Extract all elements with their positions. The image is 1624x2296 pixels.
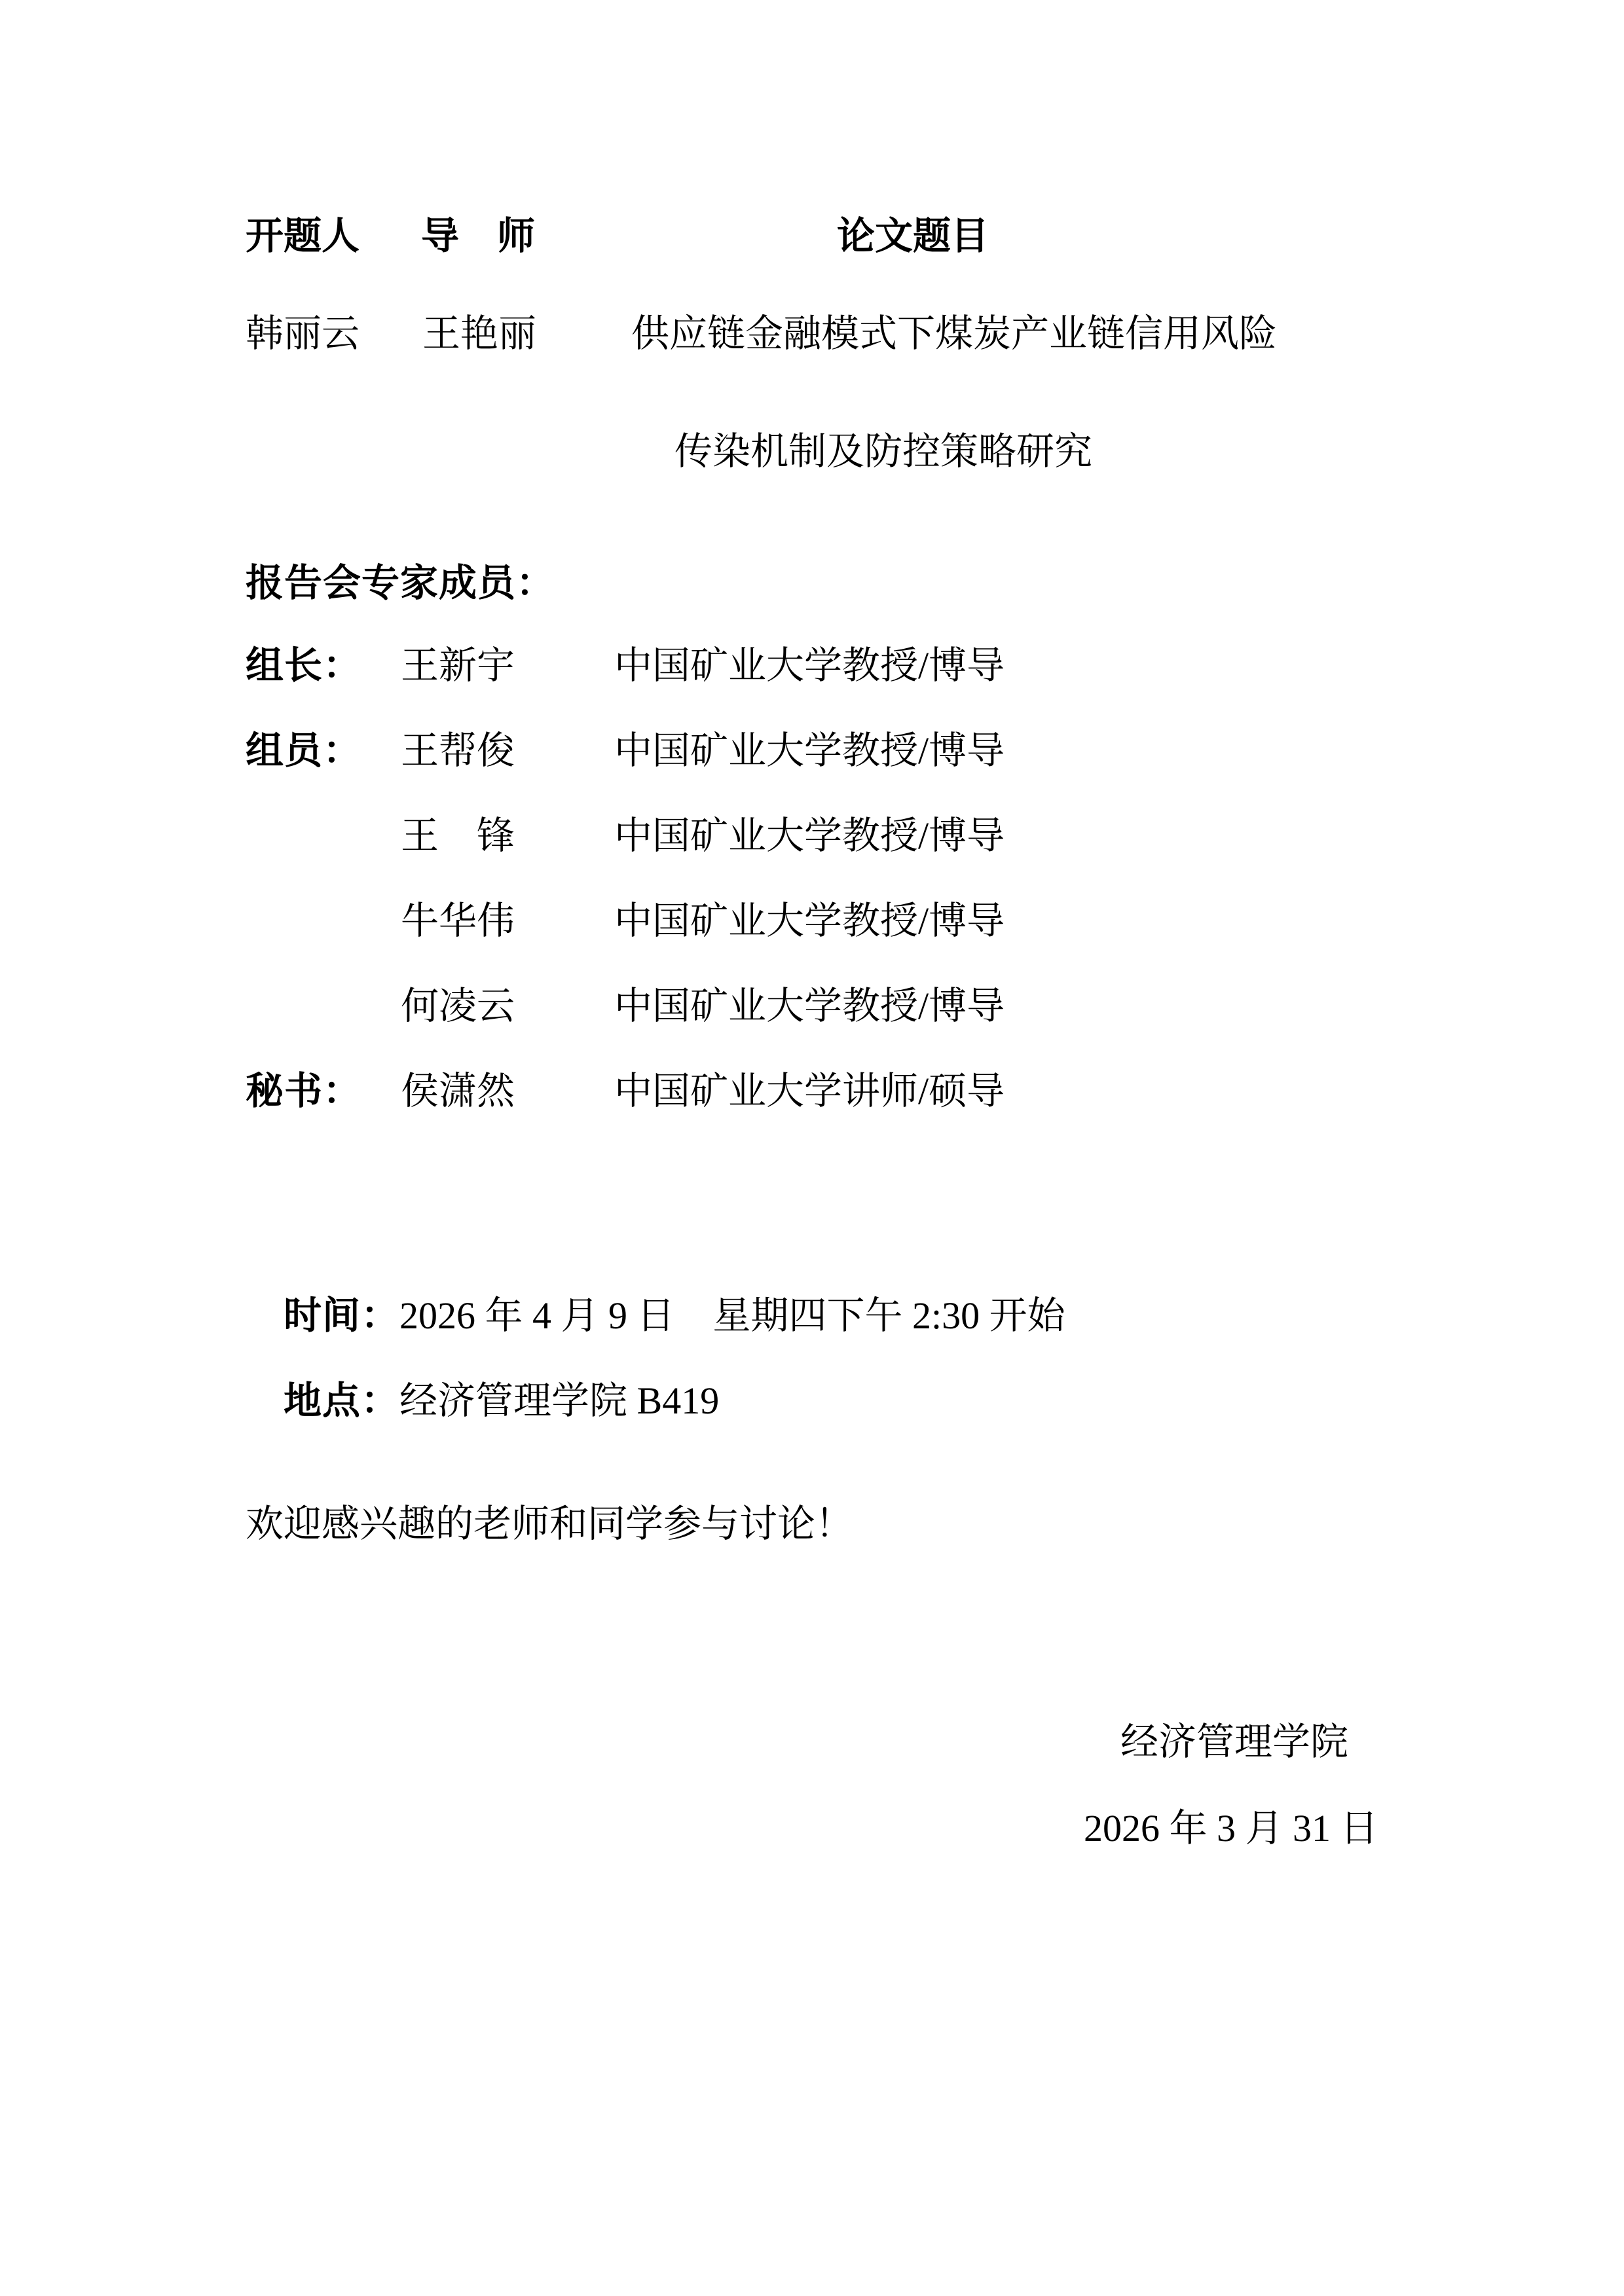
- time-label: 时间：: [284, 1294, 399, 1337]
- thesis-title-line2: 传染机制及防控策略研究: [674, 429, 1092, 475]
- committee-member-name: 牛华伟: [401, 898, 515, 944]
- committee-role: 组长：: [246, 643, 361, 689]
- committee-member-affiliation: 中国矿业大学教授/博导: [614, 643, 1005, 689]
- committee-role: 秘书：: [246, 1068, 361, 1114]
- document-page: 开题人 导 师 论文题目 韩丽云 王艳丽 供应链金融模式下煤炭产业链信用风险 传…: [0, 0, 1624, 2296]
- committee-member-name: 侯潇然: [401, 1068, 515, 1114]
- proposer-column-header: 开题人: [246, 213, 360, 259]
- signature-organization: 经济管理学院: [1120, 1719, 1348, 1765]
- committee-member-name: 王 锋: [401, 813, 515, 859]
- committee-row: 王 锋 中国矿业大学教授/博导: [0, 813, 1624, 859]
- committee-member-affiliation: 中国矿业大学教授/博导: [614, 813, 1005, 859]
- invitation-text: 欢迎感兴趣的老师和同学参与讨论！: [246, 1501, 853, 1547]
- supervisor-name: 王艳丽: [422, 311, 536, 357]
- time-value: 2026 年 4 月 9 日 星期四下午 2:30 开始: [399, 1294, 1065, 1337]
- committee-row: 组长： 王新宇 中国矿业大学教授/博导: [0, 643, 1624, 689]
- committee-row: 何凌云 中国矿业大学教授/博导: [0, 983, 1624, 1029]
- signature-date: 2026 年 3 月 31 日: [1084, 1806, 1378, 1851]
- committee-member-name: 王新宇: [401, 643, 515, 689]
- committee-row: 组员： 王帮俊 中国矿业大学教授/博导: [0, 728, 1624, 774]
- thesis-title-column-header: 论文题目: [837, 213, 989, 259]
- committee-member-affiliation: 中国矿业大学讲师/硕导: [614, 1068, 1005, 1114]
- committee-member-affiliation: 中国矿业大学教授/博导: [614, 898, 1005, 944]
- place-value: 经济管理学院 B419: [399, 1379, 719, 1422]
- place-label: 地点：: [284, 1379, 399, 1422]
- committee-row: 秘书： 侯潇然 中国矿业大学讲师/硕导: [0, 1068, 1624, 1114]
- supervisor-column-header: 导 师: [421, 213, 535, 259]
- committee-member-name: 王帮俊: [401, 728, 515, 774]
- committee-member-affiliation: 中国矿业大学教授/博导: [614, 728, 1005, 774]
- committee-role: 组员：: [246, 728, 361, 774]
- committee-heading: 报告会专家成员：: [246, 560, 555, 606]
- committee-member-name: 何凌云: [401, 983, 515, 1029]
- meeting-place-line: 地点：经济管理学院 B419: [246, 1332, 719, 1469]
- committee-row: 牛华伟 中国矿业大学教授/博导: [0, 898, 1624, 944]
- proposer-name: 韩丽云: [246, 311, 360, 357]
- thesis-title-line1: 供应链金融模式下煤炭产业链信用风险: [631, 311, 1277, 357]
- committee-member-affiliation: 中国矿业大学教授/博导: [614, 983, 1005, 1029]
